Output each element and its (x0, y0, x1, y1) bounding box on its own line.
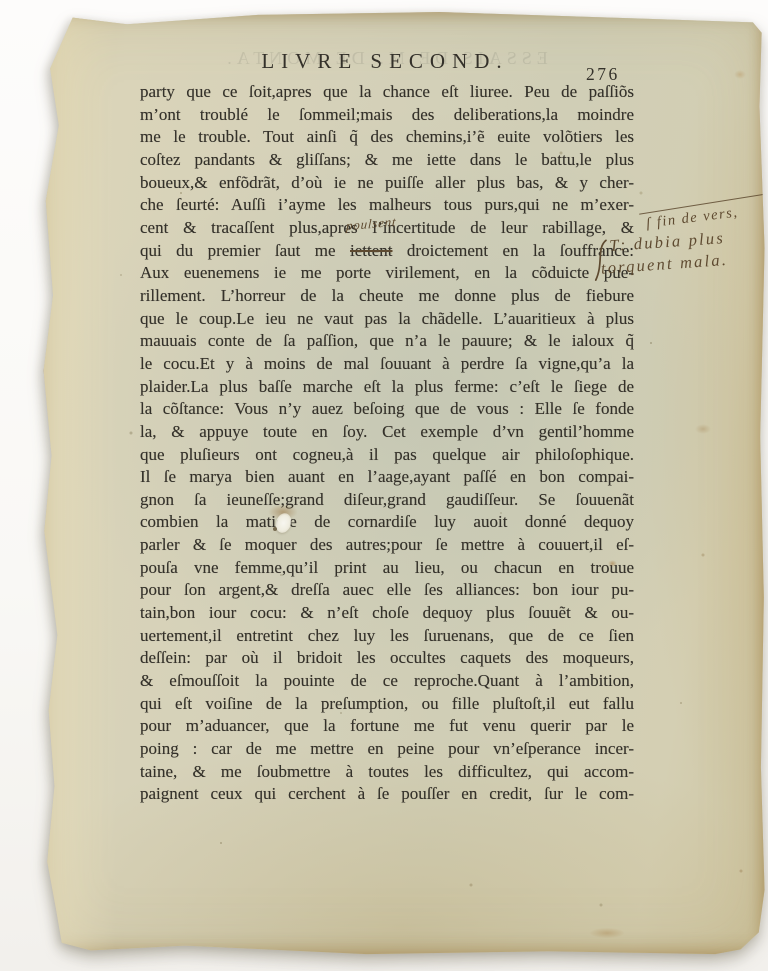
insertion-bracket-icon (591, 239, 612, 282)
page-text: party que ce ſoit,apres que la chance eſ… (140, 81, 634, 806)
text-line: m’ont troublé le ſommeil;mais des delibe… (140, 104, 634, 127)
text-line-with-correction: qui du premier ſaut me poulsentiettent d… (140, 240, 634, 263)
text-line: la, & appuye toute en ſoy. Cet exemple d… (140, 421, 634, 444)
page-edge-highlight (44, 12, 116, 956)
paper-speck (273, 527, 277, 531)
text-fragment: qui du premier ſaut me (140, 241, 350, 260)
text-line: boueux,& enfõdrãt, d’où ie ne puiſſe all… (140, 172, 634, 195)
margin-note-latin: T: dubia plus torquent mala. (609, 227, 729, 278)
text-line: deſſein: par où il bridoit les occultes … (140, 647, 634, 670)
text-line: Il ſe marya bien auant en l’aage,ayant p… (140, 466, 634, 489)
text-line: coſtez pandants & gliſſans; & me iette d… (140, 149, 634, 172)
text-line: parler & ſe moquer des autres;pour ſe me… (140, 534, 634, 557)
handwritten-correction: poulsent (346, 210, 397, 237)
text-line: Aux euenemens ie me porte virilement, en… (140, 262, 634, 285)
struck-word-text: iettent (350, 241, 392, 260)
text-line: tain,bon iour cocu: & n’eſt choſe dequoy… (140, 602, 634, 625)
running-title: LIVRE SECOND. (135, 49, 635, 74)
text-line: me le trouble. Tout ainſi q̃ des chemins… (140, 126, 634, 149)
text-line: combien la matiere de cornardiſe luy auo… (140, 511, 634, 534)
paper-specks (40, 12, 42, 14)
text-line: rillement. L’horreur de la cheute me don… (140, 285, 634, 308)
paper-stain (608, 560, 617, 567)
text-line: gnon ſa ieuneſſe;grand diſeur,grand gaud… (140, 489, 634, 512)
text-line: party que ce ſoit,apres que la chance eſ… (140, 81, 634, 104)
photo-background: ESSAIS DE M. DE MONTA. LIVRE SECOND. 276… (0, 0, 768, 971)
text-line: pouſa vne femme,qu’il print au lieu, ou … (140, 557, 634, 580)
text-line: pour ſon argent,& dreſſa auec elle ſes a… (140, 579, 634, 602)
text-line: la cõſtance: Vous n’y auez beſoing que d… (140, 398, 634, 421)
text-line: & eſmouſſoit la pouinte de ce reproche.Q… (140, 670, 634, 693)
paper-stain (695, 424, 711, 434)
text-line: paignent ceux qui cerchent à ſe pouſſer … (140, 783, 634, 806)
book-page: ESSAIS DE M. DE MONTA. LIVRE SECOND. 276… (40, 12, 766, 956)
struck-word: poulsentiettent (350, 241, 392, 260)
text-line: taine, & me ſoubmettre à toutes les diff… (140, 761, 634, 784)
text-line: le cocu.Et y à moins de mal ſouuant à pe… (140, 353, 634, 376)
paper-stain (734, 70, 746, 79)
page-shadow-wrap: ESSAIS DE M. DE MONTA. LIVRE SECOND. 276… (0, 0, 768, 971)
paper-stain (590, 928, 624, 938)
text-line: poing : car de me mettre en peine pour v… (140, 738, 634, 761)
text-line: uertement,il entretint chez luy les ſuru… (140, 625, 634, 648)
text-line: mauuais conte de ſa paſſion, que n’a le … (140, 330, 634, 353)
text-line: plaider.La plus baſſe marche eſt la plus… (140, 376, 634, 399)
text-line: qui eſt voiſine de la preſumption, ou fi… (140, 693, 634, 716)
text-line: pour m’aduancer, que la fortune me fut v… (140, 715, 634, 738)
text-line: que pluſieurs ont cogneu,à il pas quelqu… (140, 444, 634, 467)
text-line: que le coup.Le ieu ne vaut pas la chãdel… (140, 308, 634, 331)
